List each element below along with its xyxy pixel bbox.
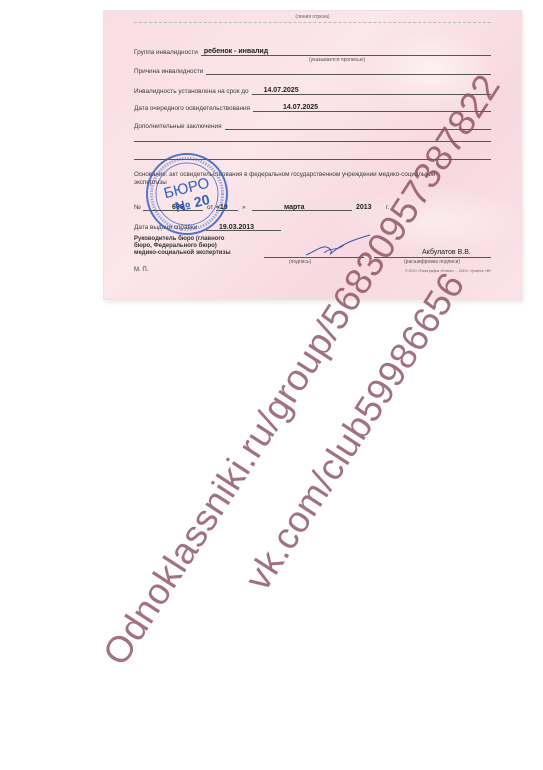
field-term-until: Инвалидность установлена на срок до 14.0… [134,86,491,95]
head-title-line: медико-социальной экспертизы [134,250,231,257]
day-close-quote: » [242,204,246,211]
field-disability-group: Группа инвалидности ребенок - инвалид [134,47,491,56]
act-month: марта [284,204,304,211]
head-title-line: бюро, Федерального бюро) [134,243,231,250]
signer-name: Акбулатов В.В. [422,249,471,256]
field-label: Группа инвалидности [134,49,198,56]
field-hint: (указывается прописью) [309,57,365,63]
act-year: 2013 [356,204,372,211]
field-disability-cause: Причина инвалидности [134,66,491,75]
head-title-line: Руководитель бюро (главного [134,236,231,243]
field-next-exam-date: Дата очередного освидетельствования 14.0… [134,103,491,112]
head-title: Руководитель бюро (главного бюро, Федера… [134,236,231,257]
field-value: 14.07.2025 [283,104,318,111]
field-label: Инвалидность установлена на срок до [134,88,249,95]
field-label: Дата очередного освидетельствования [134,105,250,112]
field-label: Дополнительные заключения [134,123,222,130]
number-sign: № [134,204,141,211]
cut-line-label: (линия отреза) [104,14,521,20]
round-stamp-icon: БЮРО № 20 [144,151,230,237]
signer-hint: (расшифровка подписи) [404,259,460,265]
signature-hint: (подпись) [289,259,311,265]
field-label: Причина инвалидности [134,68,203,75]
cut-line [134,22,491,23]
stamp-place: М. П. [134,267,148,273]
field-value: 14.07.2025 [264,87,299,94]
field-value: ребенок - инвалид [204,48,268,55]
